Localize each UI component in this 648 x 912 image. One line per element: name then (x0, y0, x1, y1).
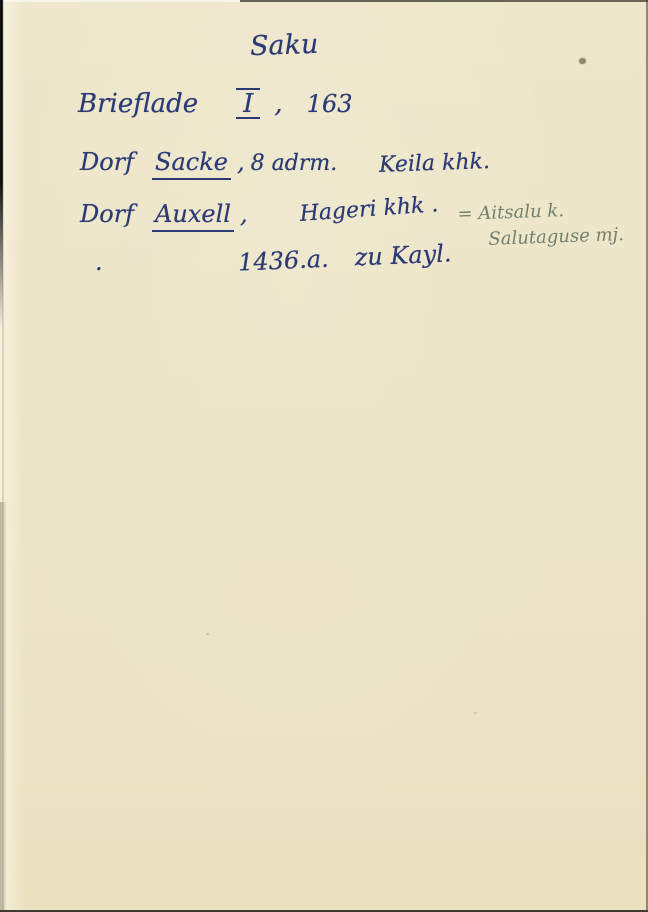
scan-left-edge-shadow (0, 0, 3, 330)
parish-label: Hageri khk . (298, 192, 438, 227)
entry-comma: , (237, 148, 245, 176)
card-left-crease (2, 0, 4, 912)
reference-comma: , (274, 89, 282, 119)
marginal-note-line-2: Salutaguse mj. (488, 222, 624, 253)
reference-volume-numeral: I (236, 88, 260, 119)
scan-left-bottom-shade (0, 502, 7, 912)
dating-line: 1436.a. zu Kayl. (237, 239, 452, 276)
paper-speck (206, 633, 209, 635)
ploughland-count: 8 adrm. (251, 151, 338, 176)
dorf-label: Dorf (80, 148, 134, 176)
archive-index-card: Saku Brieflade I , 163 Dorf Sacke , 8 ad… (0, 0, 648, 912)
dorf-label: Dorf (80, 200, 134, 228)
marginal-note: = Aitsalu k. Salutaguse mj. (457, 196, 624, 254)
reference-page: 163 (307, 90, 353, 118)
card-title: Saku (249, 29, 318, 62)
paper-speck (579, 58, 586, 64)
year-label: 1436.a. (237, 245, 329, 277)
entry-row-sacke: Dorf Sacke , 8 adrm. Keila khk. (80, 148, 490, 180)
parish-label: Keila khk. (379, 149, 491, 178)
reference-line: Brieflade I , 163 (78, 88, 352, 119)
scan-top-edge-line (240, 0, 648, 2)
entry-comma: , (240, 200, 248, 228)
place-name-underlined: Sacke (152, 148, 231, 180)
card-top-edge-highlight (0, 0, 240, 2)
stray-ink-dot: . (95, 248, 103, 276)
dating-text: zu Kayl. (354, 239, 452, 271)
entry-row-auxell: Dorf Auxell , Hageri khk . (80, 200, 438, 232)
place-name-underlined: Auxell (152, 200, 234, 232)
reference-work: Brieflade (78, 89, 198, 119)
paper-speck (474, 712, 477, 714)
